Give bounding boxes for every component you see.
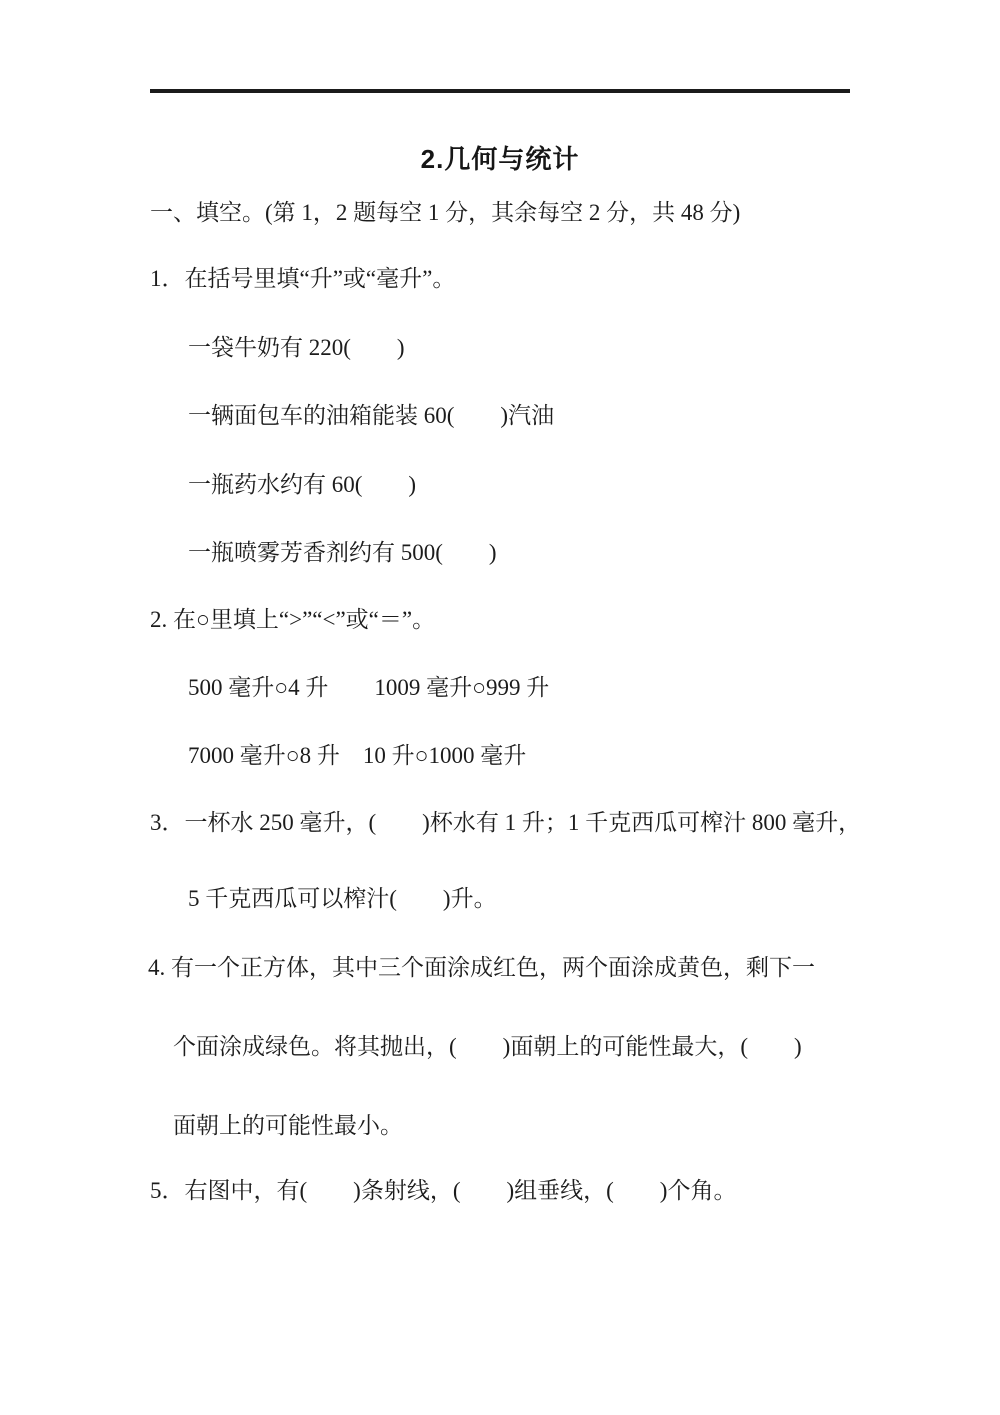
question-4-line-1: 4. 有一个正方体，其中三个面涂成红色，两个面涂成黄色，剩下一 — [148, 953, 815, 982]
question-2-row-1: 500 毫升○4 升 1009 毫升○999 升 — [188, 673, 549, 702]
question-1-item-medicine: 一瓶药水约有 60( ) — [188, 470, 416, 499]
question-1-item-milk: 一袋牛奶有 220( ) — [188, 333, 405, 362]
worksheet-page: 2.几何与统计 一、填空。(第 1，2 题每空 1 分，其余每空 2 分，共 4… — [0, 0, 1000, 1415]
question-4-line-2: 个面涂成绿色。将其抛出，( )面朝上的可能性最大，( ) — [173, 1032, 802, 1061]
page-title: 2.几何与统计 — [0, 139, 1000, 176]
question-2-stem: 2. 在○里填上“>”“<”或“＝”。 — [150, 605, 435, 634]
question-1-stem: 1．在括号里填“升”或“毫升”。 — [150, 264, 455, 293]
question-3-line-2: 5 千克西瓜可以榨汁( )升。 — [188, 884, 497, 913]
question-1-item-spray: 一瓶喷雾芳香剂约有 500( ) — [188, 538, 497, 567]
top-rule — [150, 89, 850, 93]
question-3-line-1: 3．一杯水 250 毫升，( )杯水有 1 升；1 千克西瓜可榨汁 800 毫升… — [150, 808, 861, 837]
section-heading: 一、填空。(第 1，2 题每空 1 分，其余每空 2 分，共 48 分) — [150, 198, 740, 227]
question-1-item-van: 一辆面包车的油箱能装 60( )汽油 — [188, 401, 554, 430]
question-5-line-1: 5．右图中，有( )条射线，( )组垂线，( )个角。 — [150, 1176, 736, 1205]
question-2-row-2: 7000 毫升○8 升 10 升○1000 毫升 — [188, 741, 526, 770]
question-4-line-3: 面朝上的可能性最小。 — [173, 1111, 403, 1140]
